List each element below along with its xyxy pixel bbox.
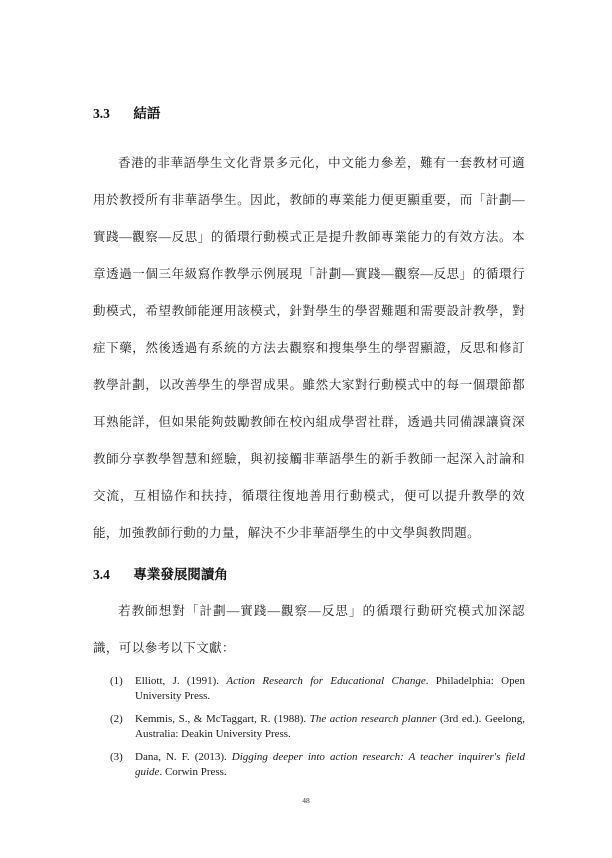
section-3-4-paragraph: 若教師想對「計劃—實踐—觀察—反思」的循環行動研究模式加深認識，可以參考以下文獻… <box>93 593 525 667</box>
reference-marker-3: (3) <box>110 750 123 765</box>
document-page: 3.3 結語 香港的非華語學生文化背景多元化，中文能力參差，難有一套教材可適用於… <box>0 0 612 858</box>
section-number-3-3: 3.3 <box>93 104 130 124</box>
page-content: 3.3 結語 香港的非華語學生文化背景多元化，中文能力參差，難有一套教材可適用於… <box>93 104 525 788</box>
reference-item-1: (1) Elliott, J. (1991). Action Research … <box>93 674 525 703</box>
reference-pre-1: Elliott, J. (1991). <box>135 675 226 687</box>
reference-text-2: Kemmis, S., & McTaggart, R. (1988). The … <box>135 713 525 740</box>
reference-item-3: (3) Dana, N. F. (2013). Digging deeper i… <box>93 750 525 779</box>
reference-marker-1: (1) <box>110 674 123 689</box>
reference-marker-2: (2) <box>110 712 123 727</box>
reference-pre-3: Dana, N. F. (2013). <box>135 751 232 763</box>
section-number-3-4: 3.4 <box>93 565 130 585</box>
reference-post-3: . Corwin Press. <box>159 766 226 778</box>
section-heading-3-4: 3.4 專業發展閱讀角 <box>93 565 525 585</box>
section-3-3-paragraph: 香港的非華語學生文化背景多元化，中文能力參差，難有一套教材可適用於教授所有非華語… <box>93 145 525 552</box>
reference-list: (1) Elliott, J. (1991). Action Research … <box>93 674 525 779</box>
section-title-3-4: 專業發展閱讀角 <box>133 567 228 582</box>
reference-title-1: Action Research for Educational Change <box>226 675 425 687</box>
reference-text-1: Elliott, J. (1991). Action Research for … <box>135 675 525 702</box>
page-number: 48 <box>0 796 612 805</box>
reference-item-2: (2) Kemmis, S., & McTaggart, R. (1988). … <box>93 712 525 741</box>
reference-text-3: Dana, N. F. (2013). Digging deeper into … <box>135 751 525 778</box>
reference-title-2: The action research planner <box>310 713 437 725</box>
section-title-3-3: 結語 <box>133 106 160 121</box>
reference-pre-2: Kemmis, S., & McTaggart, R. (1988). <box>135 713 310 725</box>
section-heading-3-3: 3.3 結語 <box>93 104 525 124</box>
